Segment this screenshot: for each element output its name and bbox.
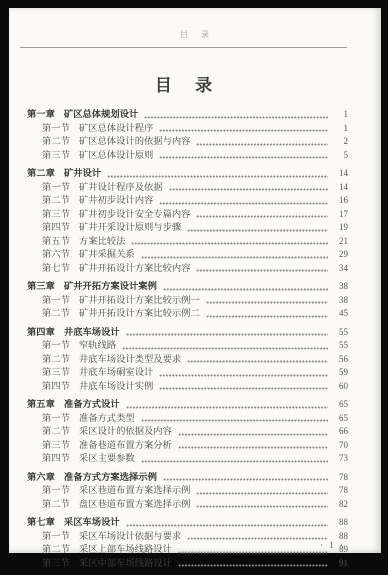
dot-leader bbox=[141, 419, 328, 422]
toc-entry-title: 矿区总体规划设计 bbox=[64, 109, 138, 122]
dot-leader bbox=[169, 188, 328, 191]
toc-entry-label: 第四节 bbox=[42, 222, 70, 235]
toc-entry-label: 第二节 bbox=[42, 308, 70, 321]
toc-entry-label: 第五节 bbox=[42, 236, 70, 249]
page-number-footer: · 1 · bbox=[320, 540, 345, 550]
toc-entry: 第五章 准备方式设计 65 bbox=[27, 398, 348, 412]
toc-entry-title: 采区中部车场线路设计 bbox=[79, 558, 172, 571]
toc-entry: 第三节 矿井初步设计安全专篇内容 17 bbox=[27, 208, 348, 222]
toc-entry-title: 矿井初步设计内容 bbox=[79, 195, 153, 208]
toc-entry-label: 第七章 bbox=[27, 517, 55, 530]
toc-entry-page: 38 bbox=[332, 280, 348, 293]
dot-leader bbox=[107, 175, 328, 178]
dot-leader bbox=[131, 242, 328, 245]
toc-entry-title: 井底车场设计类型及要求 bbox=[79, 354, 181, 367]
toc-entry-title: 矿区总体设计原则 bbox=[79, 150, 153, 163]
toc-entry-title: 采区车场设计依据与要求 bbox=[79, 531, 181, 544]
toc-entry-title: 采区上部车场线路设计 bbox=[79, 544, 172, 557]
dot-leader bbox=[159, 202, 328, 205]
toc-entry: 第二节 井底车场设计类型及要求 56 bbox=[27, 353, 348, 367]
dot-leader bbox=[159, 156, 328, 159]
toc-entry-page: 55 bbox=[332, 326, 348, 339]
toc-entry-label: 第一节 bbox=[42, 485, 70, 498]
toc-entry: 第一节 矿井设计程序及依据 14 bbox=[27, 181, 348, 195]
toc-entry-label: 第三节 bbox=[42, 150, 70, 163]
toc-entry-label: 第四章 bbox=[27, 327, 55, 340]
toc-entry-page: 34 bbox=[332, 262, 348, 275]
toc-entry-label: 第四节 bbox=[42, 381, 70, 394]
toc-entry-label: 第一节 bbox=[42, 340, 70, 353]
dot-leader bbox=[126, 333, 328, 336]
toc-entry-title: 矿井开拓设计方案比较示例二 bbox=[79, 308, 200, 321]
toc-entry: 第一节 窄轨线路 55 bbox=[27, 339, 348, 353]
toc-entry: 第一节 矿井开拓设计方案比较示例一 38 bbox=[27, 294, 348, 308]
toc-list: 第一章 矿区总体规划设计 1 第一节 矿区总体设计程序 1 第二节 矿区总体设计… bbox=[9, 108, 381, 570]
toc-entry-label: 第二节 bbox=[42, 499, 70, 512]
dot-leader bbox=[159, 374, 328, 377]
dot-leader bbox=[196, 269, 328, 272]
dot-leader bbox=[206, 315, 328, 318]
toc-entry-label: 第三节 bbox=[42, 367, 70, 380]
toc-entry-label: 第三章 bbox=[27, 281, 55, 294]
toc-entry-title: 窄轨线路 bbox=[79, 340, 116, 353]
toc-entry-label: 第三节 bbox=[42, 558, 70, 571]
toc-entry-title: 矿井开拓方案设计案例 bbox=[64, 281, 157, 294]
dot-leader bbox=[122, 347, 328, 350]
toc-entry: 第五节 方案比较法 21 bbox=[27, 235, 348, 249]
toc-entry: 第一节 矿区总体设计程序 1 bbox=[27, 122, 348, 136]
toc-entry-label: 第三节 bbox=[42, 209, 70, 222]
toc-entry: 第四章 井底车场设计 55 bbox=[27, 326, 348, 340]
header-rule bbox=[20, 47, 347, 48]
toc-entry: 第二节 盘区巷道布置方案选择示例 82 bbox=[27, 498, 348, 512]
scanned-book-page: 目 录 目 录 第一章 矿区总体规划设计 1 第一节 矿区总体设计程序 1 第二… bbox=[0, 0, 388, 575]
toc-entry-page: 70 bbox=[332, 439, 348, 452]
toc-entry-page: 14 bbox=[332, 181, 348, 194]
toc-entry: 第四节 采区主要参数 73 bbox=[27, 452, 348, 466]
toc-entry-label: 第五章 bbox=[27, 399, 55, 412]
dot-leader bbox=[196, 492, 328, 495]
toc-entry: 第一节 准备方式类型 65 bbox=[27, 412, 348, 426]
toc-entry-label: 第二节 bbox=[42, 426, 70, 439]
toc-entry-page: 16 bbox=[332, 194, 348, 207]
toc-entry-label: 第三节 bbox=[42, 440, 70, 453]
toc-entry-title: 矿井设计 bbox=[64, 168, 101, 181]
toc-entry: 第二节 采区上部车场线路设计 89 bbox=[27, 543, 348, 557]
toc-entry-label: 第一章 bbox=[27, 109, 55, 122]
toc-entry: 第一节 采区车场设计依据与要求 88 bbox=[27, 530, 348, 544]
toc-entry-title: 矿井初步设计安全专篇内容 bbox=[79, 209, 191, 222]
toc-entry: 第二节 采区设计的依据及内容 66 bbox=[27, 425, 348, 439]
toc-entry-label: 第一节 bbox=[42, 295, 70, 308]
toc-entry-label: 第六章 bbox=[27, 472, 55, 485]
toc-entry-page: 1 bbox=[332, 122, 348, 135]
toc-entry: 第二节 矿区总体设计的依据与内容 2 bbox=[27, 135, 348, 149]
toc-entry-label: 第一节 bbox=[42, 123, 70, 136]
toc-entry-page: 29 bbox=[332, 248, 348, 261]
toc-entry-label: 第一节 bbox=[42, 182, 70, 195]
toc-entry: 第二节 矿井初步设计内容 16 bbox=[27, 194, 348, 208]
toc-entry-page: 65 bbox=[332, 398, 348, 411]
toc-entry-label: 第二节 bbox=[42, 544, 70, 557]
toc-entry-title: 采区主要参数 bbox=[79, 453, 135, 466]
toc-entry-title: 采区设计的依据及内容 bbox=[79, 426, 172, 439]
dot-leader bbox=[141, 256, 328, 259]
dot-leader bbox=[178, 433, 328, 436]
toc-entry: 第三节 井底车场硐室设计 59 bbox=[27, 366, 348, 380]
dot-leader bbox=[187, 229, 328, 232]
dot-leader bbox=[178, 446, 328, 449]
dot-leader bbox=[163, 478, 328, 481]
toc-entry: 第七节 矿井开拓设计方案比较内容 34 bbox=[27, 262, 348, 276]
toc-entry-title: 准备方式设计 bbox=[64, 399, 120, 412]
toc-entry-page: 21 bbox=[332, 235, 348, 248]
toc-entry-page: 45 bbox=[332, 307, 348, 320]
toc-entry-title: 井底车场设计 bbox=[64, 327, 120, 340]
toc-entry: 第三节 采区中部车场线路设计 91 bbox=[27, 557, 348, 571]
toc-entry: 第三节 准备巷道布置方案分析 70 bbox=[27, 439, 348, 453]
toc-entry-page: 1 bbox=[332, 108, 348, 121]
toc-entry-title: 方案比较法 bbox=[79, 236, 126, 249]
dot-leader bbox=[196, 505, 328, 508]
toc-entry-label: 第七节 bbox=[42, 263, 70, 276]
toc-entry-page: 82 bbox=[332, 498, 348, 511]
toc-entry-label: 第二节 bbox=[42, 354, 70, 367]
dot-leader bbox=[178, 564, 328, 567]
toc-entry-page: 65 bbox=[332, 412, 348, 425]
toc-entry-title: 准备巷道布置方案分析 bbox=[79, 440, 172, 453]
toc-entry-title: 矿区总体设计的依据与内容 bbox=[79, 136, 191, 149]
toc-entry: 第四节 井底车场设计实例 60 bbox=[27, 380, 348, 394]
toc-entry: 第七章 采区车场设计 88 bbox=[27, 516, 348, 530]
toc-entry-title: 盘区巷道布置方案选择示例 bbox=[79, 499, 191, 512]
toc-entry-page: 55 bbox=[332, 339, 348, 352]
toc-entry-page: 88 bbox=[332, 516, 348, 529]
toc-entry: 第三章 矿井开拓方案设计案例 38 bbox=[27, 280, 348, 294]
toc-entry-page: 5 bbox=[332, 149, 348, 162]
toc-entry-title: 矿井设计程序及依据 bbox=[79, 182, 163, 195]
dot-leader bbox=[141, 460, 328, 463]
dot-leader bbox=[163, 288, 328, 291]
toc-entry-label: 第一节 bbox=[42, 413, 70, 426]
dot-leader bbox=[196, 215, 328, 218]
toc-entry-page: 73 bbox=[332, 452, 348, 465]
dot-leader bbox=[144, 116, 328, 119]
toc-entry-page: 60 bbox=[332, 380, 348, 393]
toc-entry: 第二节 矿井开拓设计方案比较示例二 45 bbox=[27, 307, 348, 321]
toc-entry-page: 56 bbox=[332, 353, 348, 366]
page: 目 录 目 录 第一章 矿区总体规划设计 1 第一节 矿区总体设计程序 1 第二… bbox=[9, 8, 381, 553]
toc-entry-page: 17 bbox=[332, 208, 348, 221]
toc-entry-title: 矿井开采设计原则与步骤 bbox=[79, 222, 181, 235]
toc-entry-title: 井底车场硐室设计 bbox=[79, 367, 153, 380]
toc-entry-page: 78 bbox=[332, 471, 348, 484]
toc-entry-label: 第二节 bbox=[42, 195, 70, 208]
toc-entry: 第一节 采区巷道布置方案选择示例 78 bbox=[27, 484, 348, 498]
dot-leader bbox=[126, 406, 328, 409]
toc-entry-title: 准备方式类型 bbox=[79, 413, 135, 426]
toc-entry-title: 矿区总体设计程序 bbox=[79, 123, 153, 136]
toc-entry-label: 第二章 bbox=[27, 168, 55, 181]
dot-leader bbox=[206, 301, 328, 304]
toc-entry-title: 矿井开拓设计方案比较示例一 bbox=[79, 295, 200, 308]
toc-entry-label: 第六节 bbox=[42, 249, 70, 262]
toc-entry-page: 14 bbox=[332, 167, 348, 180]
toc-entry-title: 矿井开拓设计方案比较内容 bbox=[79, 263, 191, 276]
toc-entry-page: 78 bbox=[332, 484, 348, 497]
toc-entry-title: 采区车场设计 bbox=[64, 517, 120, 530]
dot-leader bbox=[126, 524, 328, 527]
toc-entry-page: 38 bbox=[332, 294, 348, 307]
dot-leader bbox=[178, 551, 328, 554]
toc-entry-label: 第一节 bbox=[42, 531, 70, 544]
toc-entry-page: 19 bbox=[332, 221, 348, 234]
toc-entry: 第一章 矿区总体规划设计 1 bbox=[27, 108, 348, 122]
dot-leader bbox=[159, 387, 328, 390]
toc-entry-title: 矿井采掘关系 bbox=[79, 249, 135, 262]
running-header: 目 录 bbox=[9, 29, 381, 40]
toc-entry-title: 井底车场设计实例 bbox=[79, 381, 153, 394]
toc-entry-page: 2 bbox=[332, 135, 348, 148]
toc-entry: 第四节 矿井开采设计原则与步骤 19 bbox=[27, 221, 348, 235]
toc-entry: 第二章 矿井设计 14 bbox=[27, 167, 348, 181]
toc-entry-page: 66 bbox=[332, 425, 348, 438]
toc-entry-label: 第二节 bbox=[42, 136, 70, 149]
toc-entry-title: 准备方式方案选择示例 bbox=[64, 472, 157, 485]
toc-entry: 第六章 准备方式方案选择示例 78 bbox=[27, 471, 348, 485]
dot-leader bbox=[187, 360, 328, 363]
dot-leader bbox=[196, 143, 328, 146]
page-title: 目 录 bbox=[9, 71, 381, 96]
dot-leader bbox=[159, 129, 328, 132]
dot-leader bbox=[187, 537, 328, 540]
toc-entry: 第六节 矿井采掘关系 29 bbox=[27, 248, 348, 262]
toc-entry-page: 91 bbox=[332, 557, 348, 570]
toc-entry-page: 59 bbox=[332, 366, 348, 379]
toc-entry-label: 第四节 bbox=[42, 453, 70, 466]
toc-entry-title: 采区巷道布置方案选择示例 bbox=[79, 485, 191, 498]
toc-entry: 第三节 矿区总体设计原则 5 bbox=[27, 149, 348, 163]
